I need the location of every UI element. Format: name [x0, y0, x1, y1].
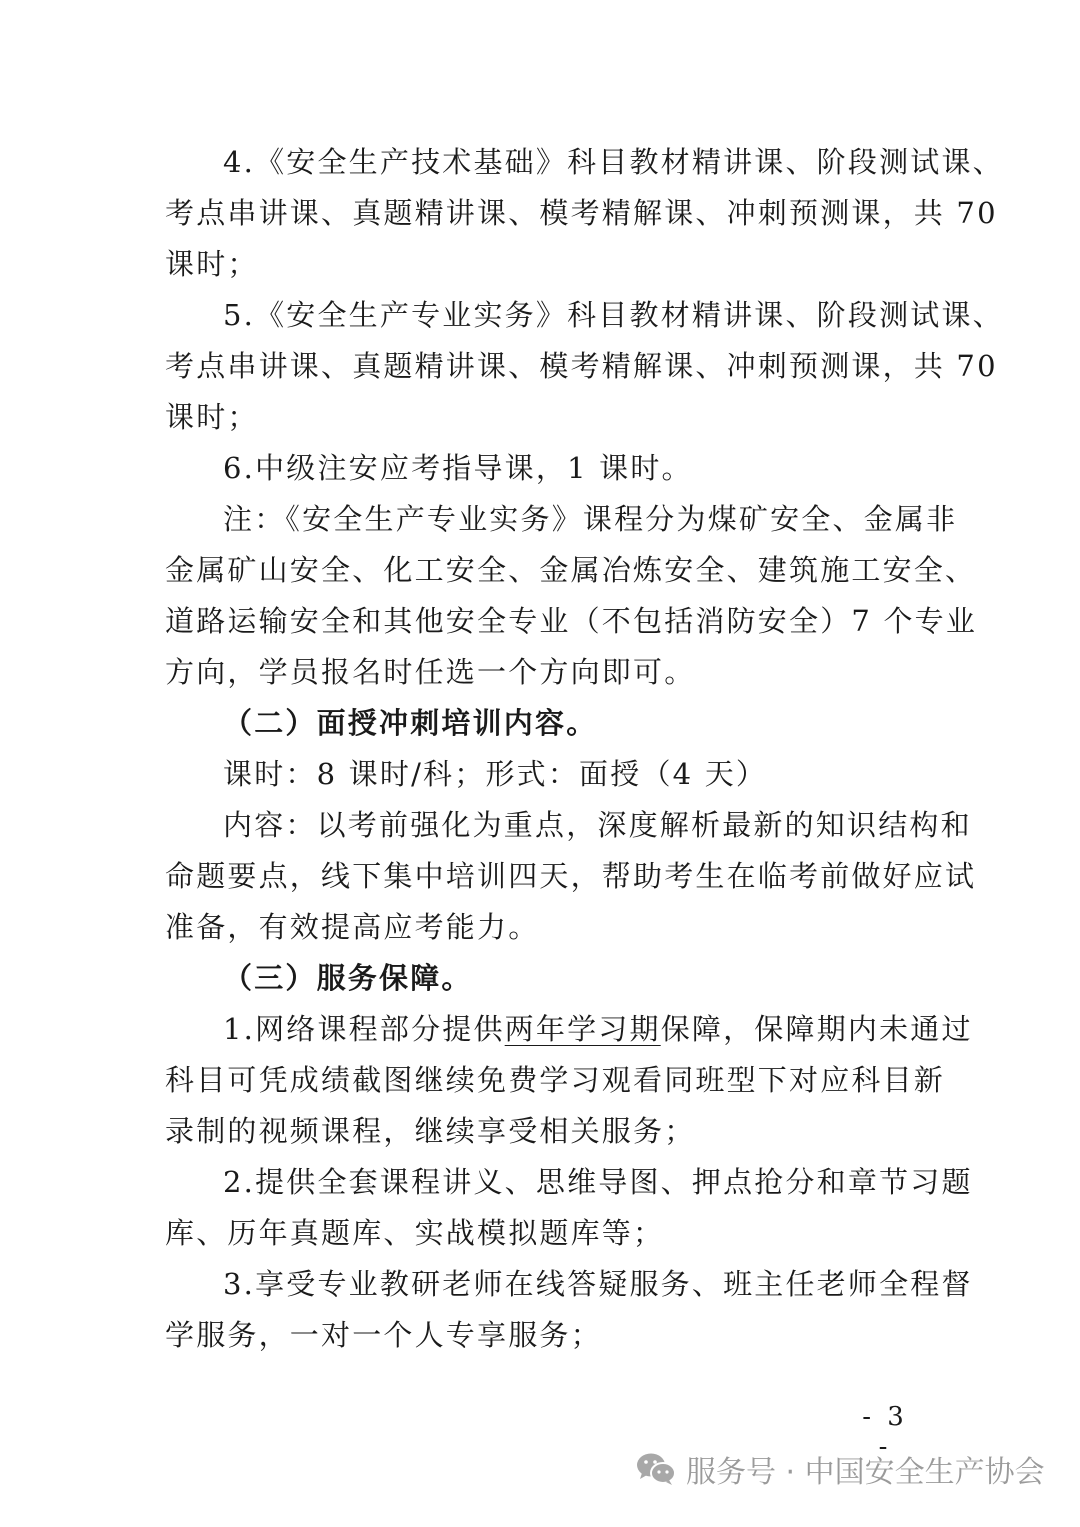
text-line: 道路运输安全和其他安全专业（不包括消防安全）7 个专业	[165, 596, 917, 647]
text-line: 6.中级注安应考指导课，1 课时。	[223, 443, 917, 494]
text-line: 金属矿山安全、化工安全、金属冶炼安全、建筑施工安全、	[165, 545, 917, 596]
text-line: 3.享受专业教研老师在线答疑服务、班主任老师全程督	[223, 1259, 917, 1310]
text-line: 课时；	[165, 239, 917, 290]
section-heading: （二）面授冲刺培训内容。	[223, 698, 917, 749]
text-line: 录制的视频课程，继续享受相关服务；	[165, 1106, 917, 1157]
text-line: 内容：以考前强化为重点，深度解析最新的知识结构和	[223, 800, 917, 851]
text-line: 方向，学员报名时任选一个方向即可。	[165, 647, 917, 698]
text-segment: 1.网络课程部分提供	[223, 1012, 505, 1046]
underlined-text: 两年学习期	[505, 1012, 661, 1046]
section-heading: （三）服务保障。	[223, 953, 917, 1004]
text-line: 2.提供全套课程讲义、思维导图、押点抢分和章节习题	[223, 1157, 917, 1208]
text-line: 科目可凭成绩截图继续免费学习观看同班型下对应科目新	[165, 1055, 917, 1106]
text-line: 考点串讲课、真题精讲课、模考精解课、冲刺预测课，共 70	[165, 188, 917, 239]
text-line: 注：《安全生产专业实务》课程分为煤矿安全、金属非	[223, 494, 917, 545]
text-line: 学服务，一对一个人专享服务；	[165, 1310, 917, 1361]
text-line: 课时：8 课时/科；形式：面授（4 天）	[223, 749, 917, 800]
text-line: 库、历年真题库、实战模拟题库等；	[165, 1208, 917, 1259]
footer-text: 服务号 · 中国安全生产协会	[686, 1447, 1045, 1491]
document-page: 4.《安全生产技术基础》科目教材精讲课、阶段测试课、 考点串讲课、真题精讲课、模…	[0, 0, 1080, 1527]
text-line: 5.《安全生产专业实务》科目教材精讲课、阶段测试课、	[223, 290, 917, 341]
text-line: 课时；	[165, 392, 917, 443]
text-segment: 保障，保障期内未通过	[661, 1012, 973, 1046]
text-line: 准备，有效提高应考能力。	[165, 902, 917, 953]
wechat-icon	[636, 1452, 676, 1486]
footer-watermark: 服务号 · 中国安全生产协会	[636, 1445, 1045, 1493]
text-line: 1.网络课程部分提供两年学习期保障，保障期内未通过	[223, 1004, 917, 1055]
text-line: 命题要点，线下集中培训四天，帮助考生在临考前做好应试	[165, 851, 917, 902]
text-line: 4.《安全生产技术基础》科目教材精讲课、阶段测试课、	[223, 137, 917, 188]
text-line: 考点串讲课、真题精讲课、模考精解课、冲刺预测课，共 70	[165, 341, 917, 392]
